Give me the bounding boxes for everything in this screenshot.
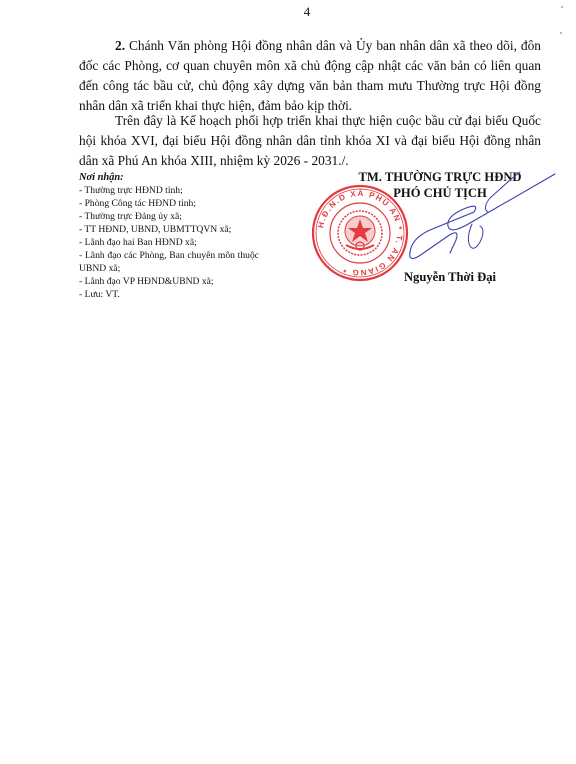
recipients-title: Nơi nhận:: [79, 171, 259, 184]
scan-speck: [560, 32, 562, 34]
signer-name: Nguyễn Thời Đại: [355, 270, 545, 285]
recipient-item: - Phòng Công tác HĐND tỉnh;: [79, 197, 259, 210]
paragraph-2-number: 2.: [115, 38, 125, 53]
paragraph-2: 2. Chánh Văn phòng Hội đồng nhân dân và …: [79, 36, 541, 116]
recipient-item: - Lãnh đạo hai Ban HĐND xã;: [79, 236, 259, 249]
paragraph-2-text: Chánh Văn phòng Hội đồng nhân dân và Ủy …: [79, 38, 541, 113]
recipient-item: - Lãnh đạo các Phòng, Ban chuyên môn thu…: [79, 249, 259, 275]
recipients-list: Nơi nhận: - Thường trực HĐND tỉnh; - Phò…: [79, 171, 259, 301]
closing-paragraph: Trên đây là Kế hoạch phối hợp triển khai…: [79, 111, 541, 171]
handwritten-signature-icon: [370, 168, 560, 268]
recipient-item: - Thường trực HĐND tỉnh;: [79, 184, 259, 197]
recipient-item: - TT HĐND, UBND, UBMTTQVN xã;: [79, 223, 259, 236]
scan-speck: [561, 6, 563, 8]
recipient-item: - Lãnh đạo VP HĐND&UBND xã;: [79, 275, 259, 288]
recipient-item: - Lưu: VT.: [79, 288, 259, 301]
page-number: 4: [0, 4, 576, 20]
recipient-item: - Thường trực Đảng ủy xã;: [79, 210, 259, 223]
